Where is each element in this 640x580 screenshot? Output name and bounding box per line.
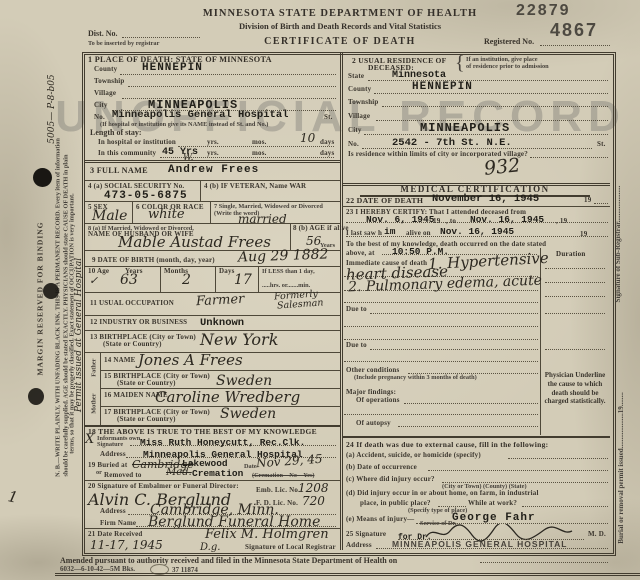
dotted-leader [344,339,538,340]
or-label: or [96,469,102,476]
last-saw-value: Nov. 16, 1945 [440,226,514,237]
in-hospital-days-value: 10 [300,131,315,145]
in-community-label: In this community [98,150,156,158]
external-b-label: (b) Date of occurrence [346,464,417,472]
of-autopsy-label: Of autopsy [356,420,391,428]
physician-address-stamp: MINNEAPOLIS GENERAL HOSPITAL [392,539,568,549]
brace-glyph: { [455,52,465,75]
residence-note-line2: of residence prior to admission [466,63,549,70]
date-of-death-year-label: 19 [584,197,591,205]
mother-birthplace-sublabel: (State or Country) [117,416,176,424]
dob-label: 9 DATE OF BIRTH (month, day, year) [92,257,215,265]
ink-blot [33,168,52,187]
burial-permit-line: Burial or removal permit issued.........… [617,370,625,566]
yrs-label: yrs. [207,139,219,147]
cell-divider [200,180,201,201]
local-registrar-label: Signature of Local Registrar [245,544,336,552]
county-value: HENNEPIN [142,62,203,74]
dist-no-label: Dist. No. [88,30,118,39]
mos-label2: mos. [252,150,267,158]
dist-no-subnote: To be inserted by registrar [88,40,159,47]
removed-to-label: Removed to [104,472,142,480]
age-months-value: 2 [182,272,191,288]
date-received-value: 11-17, 1945 [90,538,163,552]
cremation-note: (Cremation—No—Yes) [252,472,315,479]
residence-state-label: State [348,73,364,81]
industry-label: 12 INDUSTRY OR BUSINESS [90,319,187,327]
full-name-label: 3 FULL NAME [90,166,148,175]
residence-city-value: MINNEAPOLIS [420,121,510,135]
removed-crossed-out-value: Med. [166,467,192,478]
cell-divider [258,266,259,292]
father-name-label: 14 NAME [104,357,136,365]
bottom-rule [55,573,640,576]
less-than-label: If LESS than 1 day, [262,268,315,275]
duration-dotted [545,296,605,297]
dotted-leader [370,349,538,350]
buried-at-label: 19 Buried at [88,462,127,470]
mother-birthplace-value: Sweden [220,406,276,422]
birthplace-sublabel: (State or Country) [103,341,162,349]
industry-value: Unknown [200,317,244,329]
dotted-leader [480,562,608,563]
death-certificate-scan: UNOFFICIAL RECORD Dist. No. To be insert… [0,0,640,580]
informant-address-label: Address [100,451,126,459]
attended-to-value: Nov. 16, 1945 [470,214,544,225]
occupation-label: 11 USUAL OCCUPATION [90,300,174,308]
informant-hw-mark: X [85,432,94,447]
certificate-title: CERTIFICATE OF DEATH [175,36,505,47]
informant-signature-value: Miss Ruth Honeycutt, Rec.Clk. [140,437,305,448]
father-birthplace-sublabel: (State or Country) [117,380,176,388]
length-of-stay-label: Length of stay: [90,129,142,138]
attended-to-label: , to [446,218,456,226]
of-operations-label: Of operations [356,397,400,405]
section-divider [85,160,340,163]
full-name-annotation: W. [183,153,194,163]
dotted-leader [398,426,538,427]
cell-divider [215,266,216,292]
physician-signature-label: 25 Signature [346,531,386,539]
external-a-label: (a) Accident, suicide, or homicide (spec… [346,452,481,460]
village-label: Village [94,90,116,98]
duration-dotted [545,282,605,283]
burial-date-label: Date [244,463,257,470]
ink-blot [28,388,44,405]
attended-from-year: 19 [433,218,440,226]
city-label: City [94,102,108,110]
external-d-while-label: While at work? [468,500,517,508]
age-days-label: Days [219,268,235,276]
external-cause-section-label: 24 If death was due to external cause, f… [346,440,548,449]
firm-name-label: Firm Name [100,520,136,528]
row-divider [342,206,610,207]
ink-blot [43,283,59,299]
due-to-label2: Due to [346,342,367,350]
residence-no-label: No. [348,141,359,149]
cell-divider [132,201,133,223]
margin-hw-code: 5005— P-8-b05 [47,49,57,169]
dob-value: Aug 29 1882 [238,246,329,265]
attended-from-value: Nov. 6, 1945 [366,214,434,225]
row-divider [85,315,340,316]
attended-to-year: , 19 [556,218,567,226]
dotted-leader [530,157,608,158]
attending-doctor-value: George Fahr [452,512,536,524]
age-checkmark: ✓ [89,274,98,287]
dotted-leader [128,86,336,87]
registered-number-stamp: 4867 [550,20,598,41]
residence-county-value: HENNEPIN [412,81,473,93]
county-label: County [94,66,117,74]
father-name-value: Jones A Frees [138,351,243,369]
margin-hw-mark: 1 [6,487,19,507]
amended-note: Amended pursuant to authority received a… [60,556,397,565]
duration-dotted [545,313,605,314]
residence-township-label: Township [348,99,379,107]
dotted-leader [382,106,608,107]
age-days-value: 17 [234,272,252,288]
dotted-leader [120,74,336,75]
residence-street-value: 2542 - 7th St. N.E. [392,137,512,149]
full-name-value: Andrew Frees [168,164,259,176]
age-years-value: 63 [120,272,138,288]
residence-st-label: St. [597,141,606,149]
date-of-death-value: November 16, 1945 [432,193,539,205]
file-number-stamp: 22879 [516,2,571,20]
row-divider [85,201,340,202]
dotted-leader [370,313,538,314]
duration-dotted [545,268,605,269]
column-divider [340,52,343,550]
mos-label: mos. [252,139,267,147]
in-hospital-label: In hospital or institution [98,139,176,147]
emb-lic-label: Emb. Lic. No. [256,487,300,495]
external-e-label: (e) Means of injury— [346,516,414,524]
occupation-value: Farmer [196,292,245,310]
father-birthplace-value: Sweden [216,373,272,389]
dotted-leader [594,203,608,204]
residence-hw-number: 932 [483,154,521,180]
dotted-leader [404,403,538,404]
margin-hw-permit-note: Permit issued at General Hospital [74,235,84,435]
emb-lic-value: 1208 [298,481,329,495]
row-divider [85,180,340,181]
dotted-leader [522,506,608,507]
dotted-leader [344,361,538,362]
physician-underline-note: Physician Underline the cause to which d… [543,371,607,406]
division-subtitle: Division of Birth and Death Records and … [175,21,505,31]
external-c-label: (c) Where did injury occur? [346,476,435,484]
sub-registrar-signature-line: Signature of Sub-Registrar..............… [614,153,622,335]
spouse-age-label: 8 (b) AGE if alive [293,225,349,233]
informant-signature-label2: Signature [97,441,123,448]
dotted-leader [344,302,538,303]
residence-village-label: Village [348,113,370,121]
sex-value: Male [92,208,127,224]
street-value: Minneapolis General Hospital [112,109,288,121]
registered-no-label: Registered No. [484,38,534,47]
department-title: MINNESOTA STATE DEPARTMENT OF HEALTH [175,8,505,19]
knowledge-line2: above, at [346,250,375,258]
duration-dotted [545,349,605,350]
dotted-leader [428,470,608,471]
dotted-leader [374,93,608,94]
row-divider [85,266,340,267]
dotted-leader [508,458,608,459]
days-label: days [320,139,334,147]
other-conditions-subnote: (Include pregnancy within 3 months of de… [354,374,477,381]
dotted-leader [344,326,538,327]
cell-divider [160,266,161,292]
st-label: St. [324,114,333,122]
registrar-signature-extra: D.g. [200,542,220,553]
residence-county-label: County [348,86,371,94]
days-label2: days [320,150,334,158]
dotted-leader [344,414,538,415]
last-saw-year: 19 [580,231,587,239]
due-to-label1: Due to [346,306,367,314]
external-d-label-line1: (d) Did injury occur in or about home, o… [346,490,539,498]
row-divider [100,370,340,371]
physician-address-label: Address [346,542,372,550]
fd-address-label: Address [100,508,126,516]
margin-binding-note: MARGIN RESERVED FOR BINDING [36,57,45,541]
mother-name-value: Caroline Wredberg [155,388,300,406]
residence-state-value: Minnesota [392,70,446,81]
removed-value: Cremation [192,468,243,479]
birthplace-value: New York [200,330,278,349]
less-than-units: .....hrs. or.......min. [262,282,310,289]
township-label: Township [94,78,125,86]
residence-city-label: City [348,127,362,135]
date-of-death-label: 22 DATE OF DEATH [346,196,423,205]
fd-lic-value: 720 [302,494,325,508]
veteran-label: 4 (b) IF VETERAN, Name WAR [204,183,306,191]
yrs-label2: yrs. [207,150,219,158]
duration-label: Duration [556,250,586,258]
dotted-leader [540,45,610,46]
cell-divider [290,223,291,250]
section-divider [342,436,610,438]
cell-divider [210,201,211,223]
race-value: white [148,207,185,222]
md-label: M. D. [588,531,606,539]
registrar-signature-value: Felix M. Holmgren [205,527,329,542]
